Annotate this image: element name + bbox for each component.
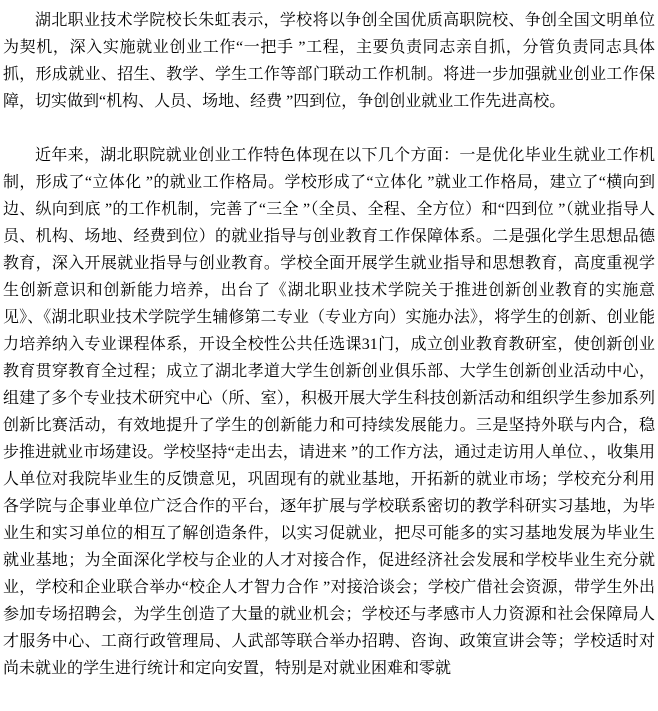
document-page: 湖北职业技术学院校长朱虹表示，学校将以争创全国优质高职院校、争创全国文明单位为契…: [0, 0, 658, 711]
document-paragraph: 近年来，湖北职院就业创业工作特色体现在以下几个方面：一是优化毕业生就业工作机制，…: [3, 142, 655, 682]
document-paragraph: 湖北职业技术学院校长朱虹表示，学校将以争创全国优质高职院校、争创全国文明单位为契…: [3, 7, 655, 115]
